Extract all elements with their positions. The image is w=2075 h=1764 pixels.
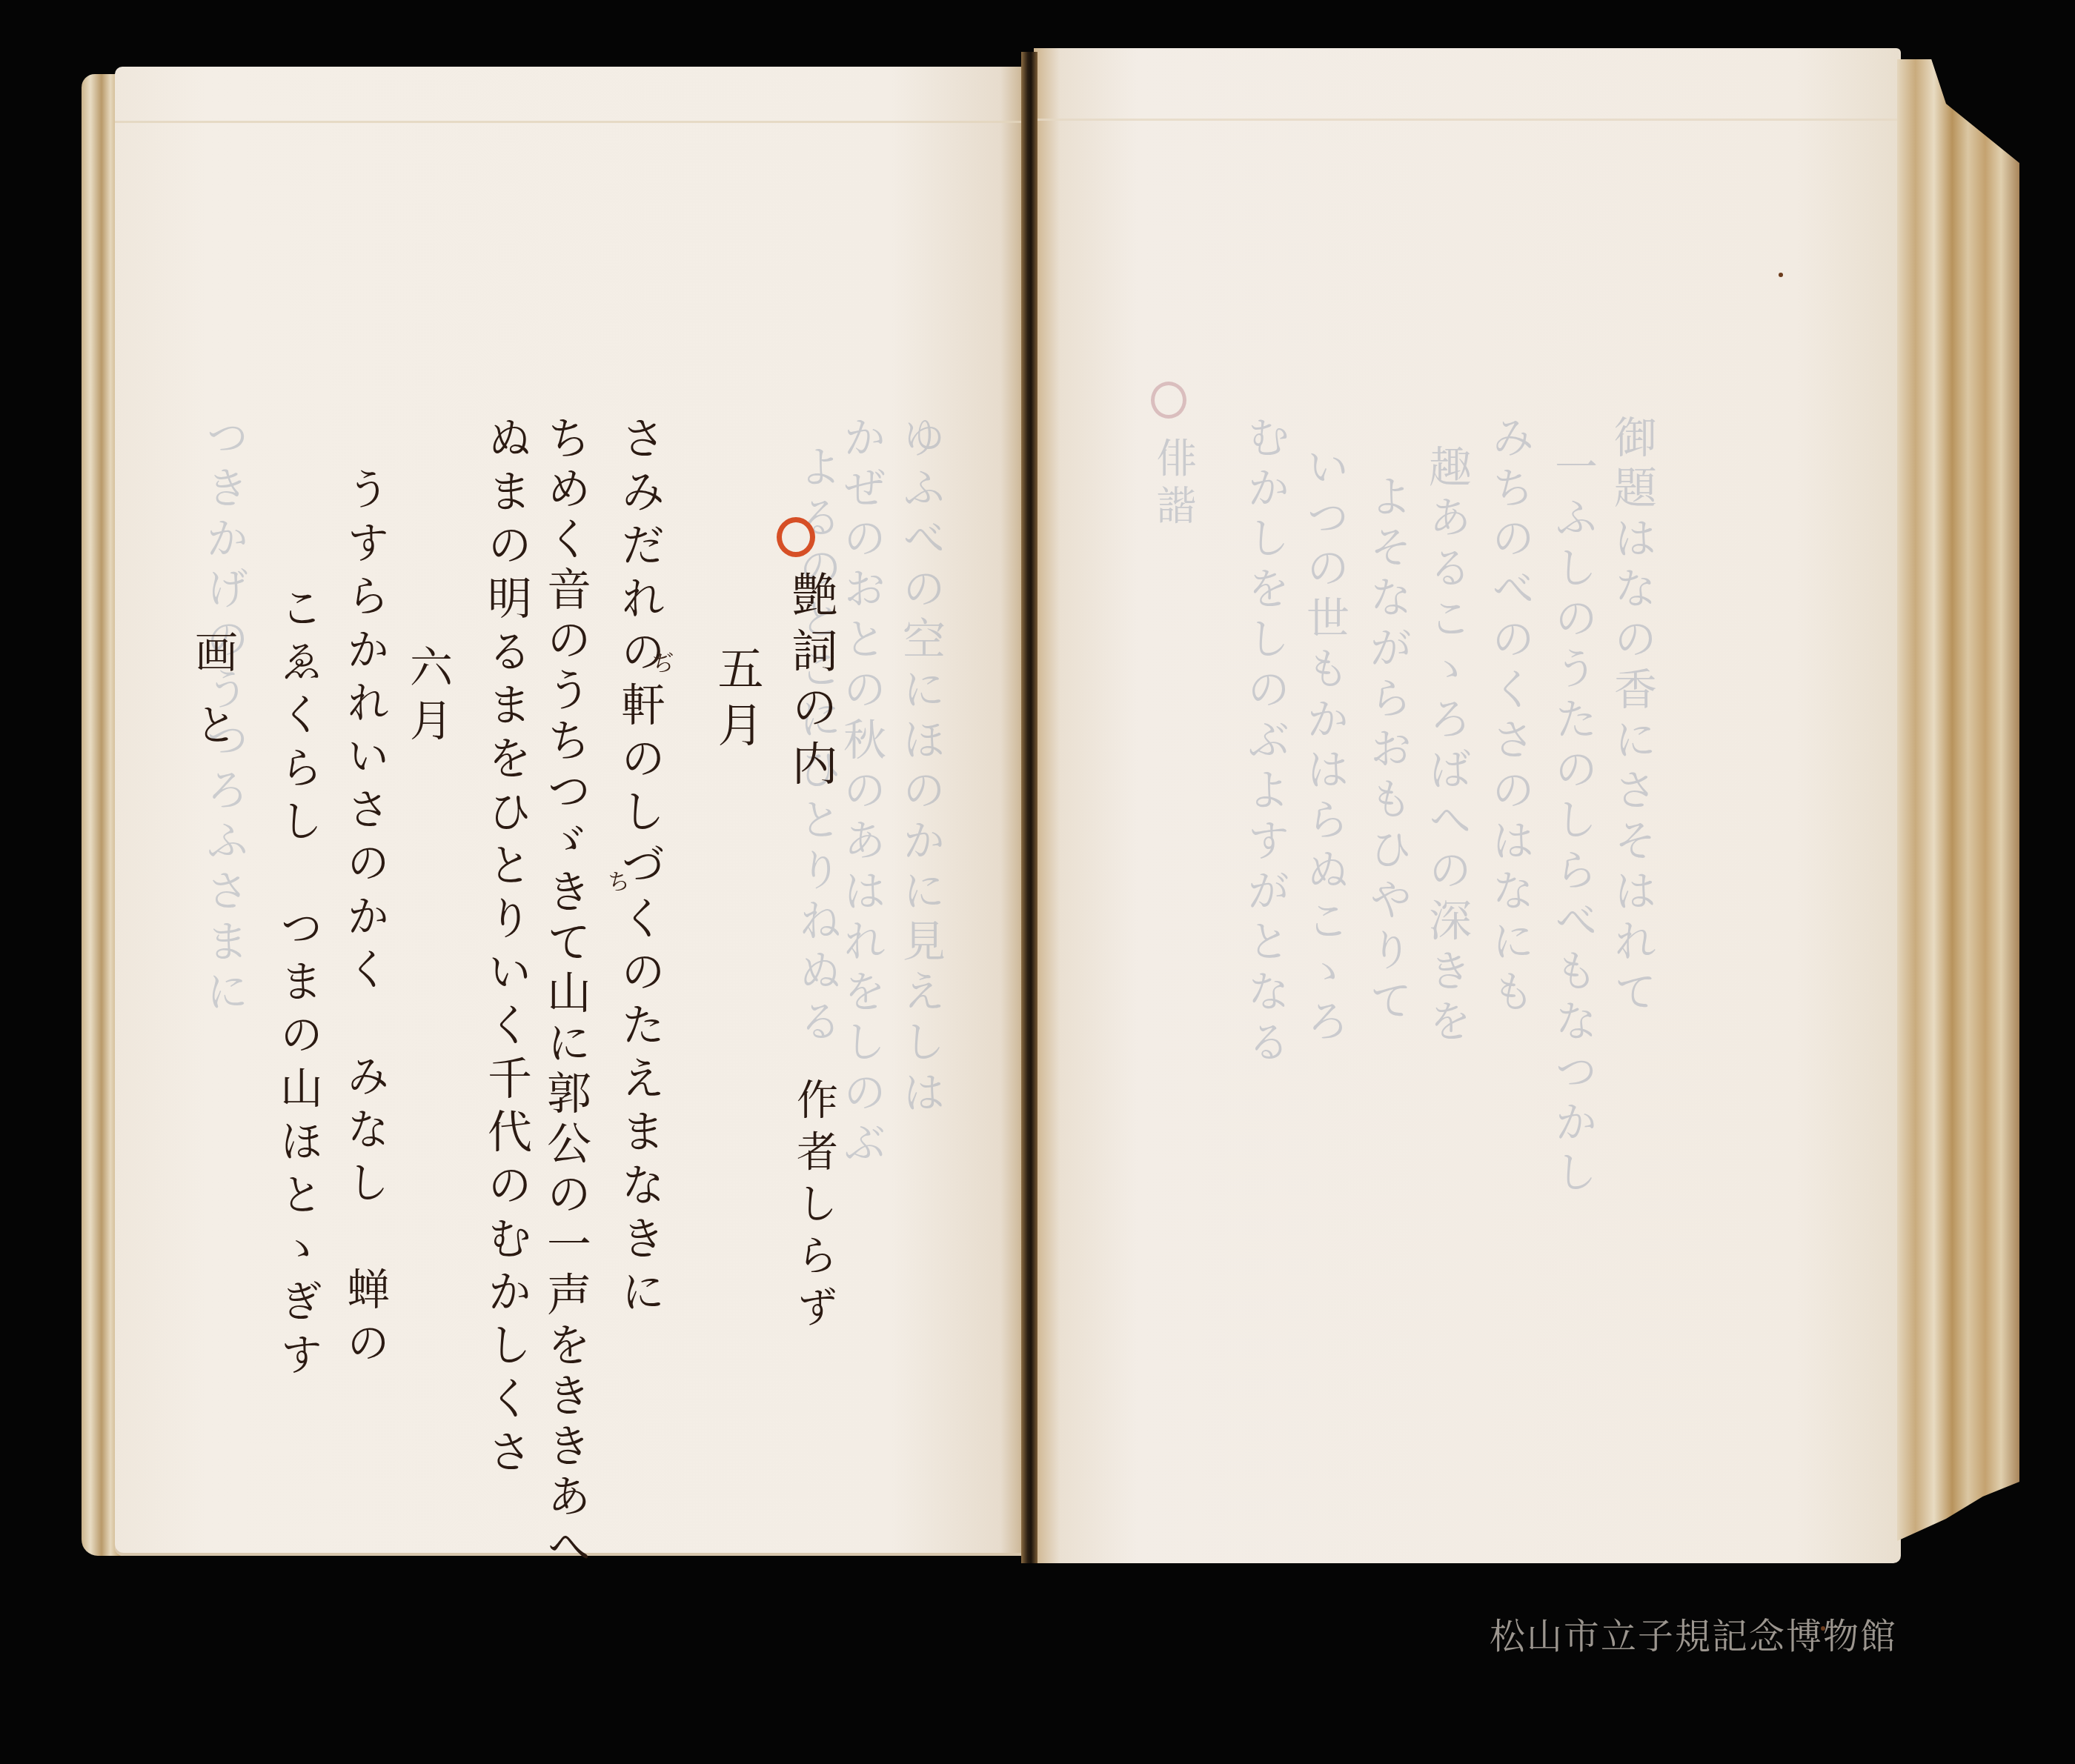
section-title: 艶詞の内 [778, 570, 844, 796]
ghost-column: 一ふしのうたのしらべもなつかし [1541, 445, 1604, 1200]
month-heading-may: 五月 [704, 645, 770, 757]
right-page-stack-edge [1897, 59, 2019, 1541]
museum-watermark: 松山市立子規記念博物館 [1490, 1608, 1897, 1659]
ghost-title: 俳諧 [1145, 437, 1202, 532]
ink-spot [1779, 273, 1783, 277]
month-heading-june: 六月 [396, 645, 459, 751]
faint-circle-marker [1151, 382, 1186, 419]
red-circle-marker [777, 517, 815, 557]
ghost-column: むかしをしのぶよすがとなる [1234, 415, 1296, 1070]
poem-line: 画と [182, 630, 244, 775]
top-fold-line [115, 121, 1028, 123]
ghost-column: 御題はなの香にさそはれて [1601, 415, 1663, 1019]
poem-line: うすらかれいさのかく みなし 蝉の [333, 467, 396, 1374]
top-fold-line [1034, 119, 1901, 121]
poem-line: ぬまの明るまをひとりいく千代のむかしくさ [474, 415, 538, 1482]
poem-line: こゑくらし つまの山ほとゝぎす [267, 585, 329, 1385]
ghost-column: ゆふべの空にほのかに見えしは [889, 415, 952, 1120]
ghost-column: 趣あるこゝろばへの深きを [1415, 445, 1478, 1049]
ghost-column: よそながらおもひやりて [1356, 474, 1418, 1028]
poem-line: ちめく音のうちつゞきて山に郭公の一声をききあへ [534, 415, 597, 1574]
ghost-column: いつの世もかはらぬこゝろ [1293, 445, 1355, 1049]
ruby-annotation: ち [608, 863, 630, 896]
spine-gutter [1021, 52, 1037, 1563]
ruby-annotation: ぢ [652, 645, 674, 677]
author-note: 作者しらず [784, 1078, 843, 1337]
ghost-column: みちのべのくさのはなにも [1478, 415, 1541, 1019]
open-book: ゆふべの空にほのかに見えしは かぜのおとの秋のあはれをしのぶ よるのとこにひとり… [0, 0, 2075, 1764]
